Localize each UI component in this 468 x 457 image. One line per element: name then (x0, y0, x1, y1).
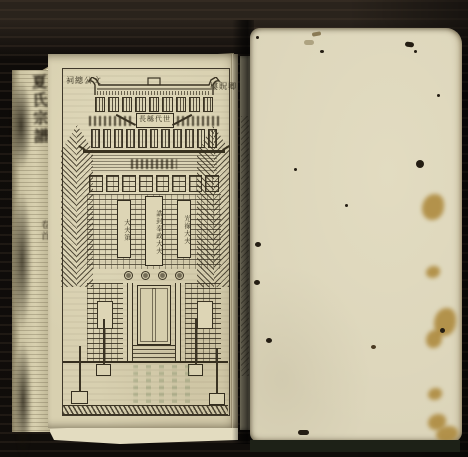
wormhole-spot (256, 36, 259, 39)
wormhole-spot (255, 242, 261, 247)
print-frame: 祠總公文 樓貺卿 長緜代世 (62, 68, 230, 416)
wave-border-strip (63, 405, 228, 415)
side-niche-right (197, 301, 213, 329)
medallion (141, 271, 150, 280)
window (189, 97, 199, 112)
window (162, 97, 172, 112)
medallion (124, 271, 133, 280)
wormhole-spot (298, 430, 309, 435)
right-gable-mound (197, 125, 230, 287)
roof-crest (148, 78, 160, 85)
gate-door (137, 285, 171, 345)
window (108, 97, 118, 112)
ink-blot (12, 190, 32, 330)
window (149, 97, 159, 112)
chevron-hatch (214, 125, 231, 287)
window (114, 129, 123, 148)
gate-pillar-right (175, 283, 181, 361)
foxing-stain (422, 194, 444, 220)
window (103, 129, 112, 148)
smudge (312, 31, 322, 37)
window (173, 129, 182, 148)
left-gable-mound (61, 125, 93, 287)
wormhole-spot (416, 160, 424, 168)
foxing-stain (428, 388, 442, 400)
fore-edge-title: 夏氏宗譜 (31, 74, 49, 146)
wormhole-spot (254, 280, 260, 285)
window (185, 129, 194, 148)
window (135, 97, 145, 112)
door-leaf (152, 288, 168, 342)
medallion (175, 271, 184, 280)
ink-blot (14, 340, 32, 457)
flagpole-base (96, 364, 111, 376)
railing-panel (172, 175, 186, 192)
wormhole-spot (437, 94, 440, 97)
flagpole (216, 348, 218, 394)
fore-edge: 夏氏宗譜 卷首 (12, 70, 50, 432)
chevron-hatch (197, 125, 214, 287)
chevron-hatch (61, 125, 77, 287)
photo-scene: 夏氏宗譜 卷首 祠總公文 樓貺卿 長緜代 (0, 0, 468, 457)
right-page (250, 28, 462, 442)
foxing-stain (426, 266, 440, 278)
wormhole-spot (405, 41, 415, 47)
wormhole-spot (371, 345, 376, 349)
window (122, 97, 132, 112)
upper-plaque: 長緜代世 (136, 113, 174, 128)
smudge (304, 40, 314, 45)
show-through-text-marks (133, 365, 193, 403)
gate-steps (133, 345, 175, 360)
flagpole-base (71, 391, 88, 404)
tablet-left: 大夫第 (117, 200, 131, 258)
tablet-right: 光祿大夫 (177, 200, 191, 258)
railing-panel (139, 175, 153, 192)
flagpole (103, 319, 105, 365)
railing-panel (122, 175, 136, 192)
wormhole-spot (440, 328, 445, 333)
flagpole (195, 319, 197, 365)
ground-line (63, 361, 228, 363)
window (138, 129, 147, 148)
faded-plaque (131, 159, 177, 169)
ink-blot (10, 80, 32, 170)
tablet-middle: 誥封奉政大夫 (145, 196, 163, 266)
window (91, 129, 100, 148)
board-edge-strip (250, 440, 460, 452)
window (176, 97, 186, 112)
side-niche-left (97, 301, 113, 329)
wormhole-spot (345, 204, 348, 207)
railing-panel (156, 175, 170, 192)
upper-window-band (95, 97, 213, 112)
left-page: 祠總公文 樓貺卿 長緜代世 (48, 54, 238, 428)
wormhole-spot (294, 168, 297, 171)
chevron-hatch (77, 125, 93, 287)
middle-window-band (91, 129, 217, 148)
wormhole-spot (266, 338, 272, 343)
window (161, 129, 170, 148)
window (95, 97, 105, 112)
wormhole-spot (320, 50, 324, 53)
medallion (158, 271, 167, 280)
roof (87, 77, 221, 97)
window (126, 129, 135, 148)
window (150, 129, 159, 148)
railing-panel (106, 175, 120, 192)
flagpole-base (209, 393, 225, 405)
window (203, 97, 213, 112)
flagpole (79, 346, 81, 392)
wormhole-spot (414, 50, 417, 53)
foxing-stain (426, 330, 442, 348)
